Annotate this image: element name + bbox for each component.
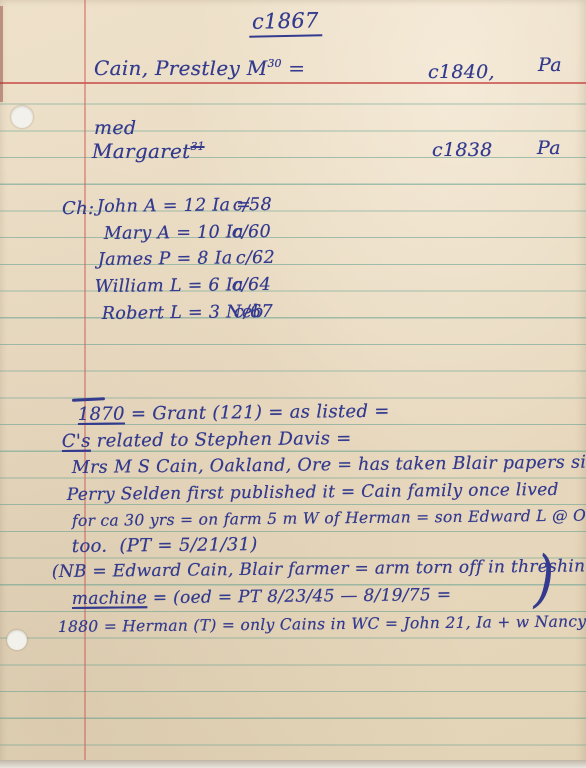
wife-age-superscript: 31 (191, 140, 205, 153)
punch-hole-top (11, 106, 33, 128)
child-row: James P = 8 Iac/62 (98, 246, 398, 274)
notebook-page: c1867 Cain, Prestley M30 = c1840, Pa med… (0, 0, 586, 768)
child-birth-year: c/67 (234, 302, 273, 324)
child-birth-year: c/58 (233, 195, 272, 217)
child-birth-year: c/62 (236, 248, 275, 270)
note-text: Perry Selden first published it = Cain f… (67, 480, 559, 505)
husband-name: Cain, Prestley M (94, 56, 268, 80)
note-underlined-word: 1870 (78, 404, 125, 425)
heading-year: c1867 (249, 7, 322, 38)
married-label: med (94, 117, 136, 141)
note-text: = Grant (121) = as listed = (125, 401, 390, 425)
note-underlined-word: C's (62, 431, 91, 452)
note-line: too. (PT = 5/21/31) (72, 534, 258, 558)
husband-separator: = (282, 56, 306, 80)
note-text: related to Stephen Davis = (91, 428, 352, 452)
child-name: James P = 8 Ia (98, 248, 233, 272)
child-row: Robert L = 3 Nebc/67 (102, 300, 402, 328)
wife-name: Margaret (92, 139, 191, 163)
note-line: 1870 = Grant (121) = as listed = (78, 401, 390, 427)
note-line: C's related to Stephen Davis = (62, 428, 352, 454)
child-birth-year: c/60 (232, 222, 271, 244)
child-name: Mary A = 10 Ia (104, 222, 244, 246)
red-margin-line-horizontal (0, 82, 586, 84)
husband-birth-place: Pa (538, 54, 562, 78)
red-margin-line-vertical (84, 0, 86, 760)
wife-birth-place: Pa (537, 137, 561, 161)
husband-line: Cain, Prestley M30 = (94, 56, 305, 81)
punch-hole-bottom (7, 630, 27, 650)
child-birth-year: c/64 (232, 275, 271, 297)
wife-birth-year: c1838 (432, 139, 493, 163)
child-name: William L = 6 Ia (95, 275, 244, 299)
child-row: Mary A = 10 Iac/60 (104, 220, 404, 248)
paper-bottom-edge (0, 760, 586, 768)
note-text: too. (PT = 5/21/31) (72, 534, 258, 557)
child-row: John A = 12 Ia =c/58 (97, 193, 397, 221)
scan-edge-smudge (0, 6, 3, 102)
husband-birth-year: c1840, (428, 61, 495, 85)
wife-line: Margaret31 (92, 139, 205, 164)
note-underlined-word: machine (72, 588, 147, 609)
note-line: machine = (oed = PT 8/23/45 — 8/19/75 = (72, 585, 452, 610)
tall-closing-paren: ) (534, 548, 555, 611)
note-text: = (oed = PT 8/23/45 — 8/19/75 = (147, 585, 451, 608)
child-row: William L = 6 Iac/64 (95, 273, 395, 301)
husband-age-superscript: 30 (268, 57, 282, 70)
child-name: John A = 12 Ia = (97, 195, 252, 219)
children-label: Ch: (62, 198, 94, 221)
